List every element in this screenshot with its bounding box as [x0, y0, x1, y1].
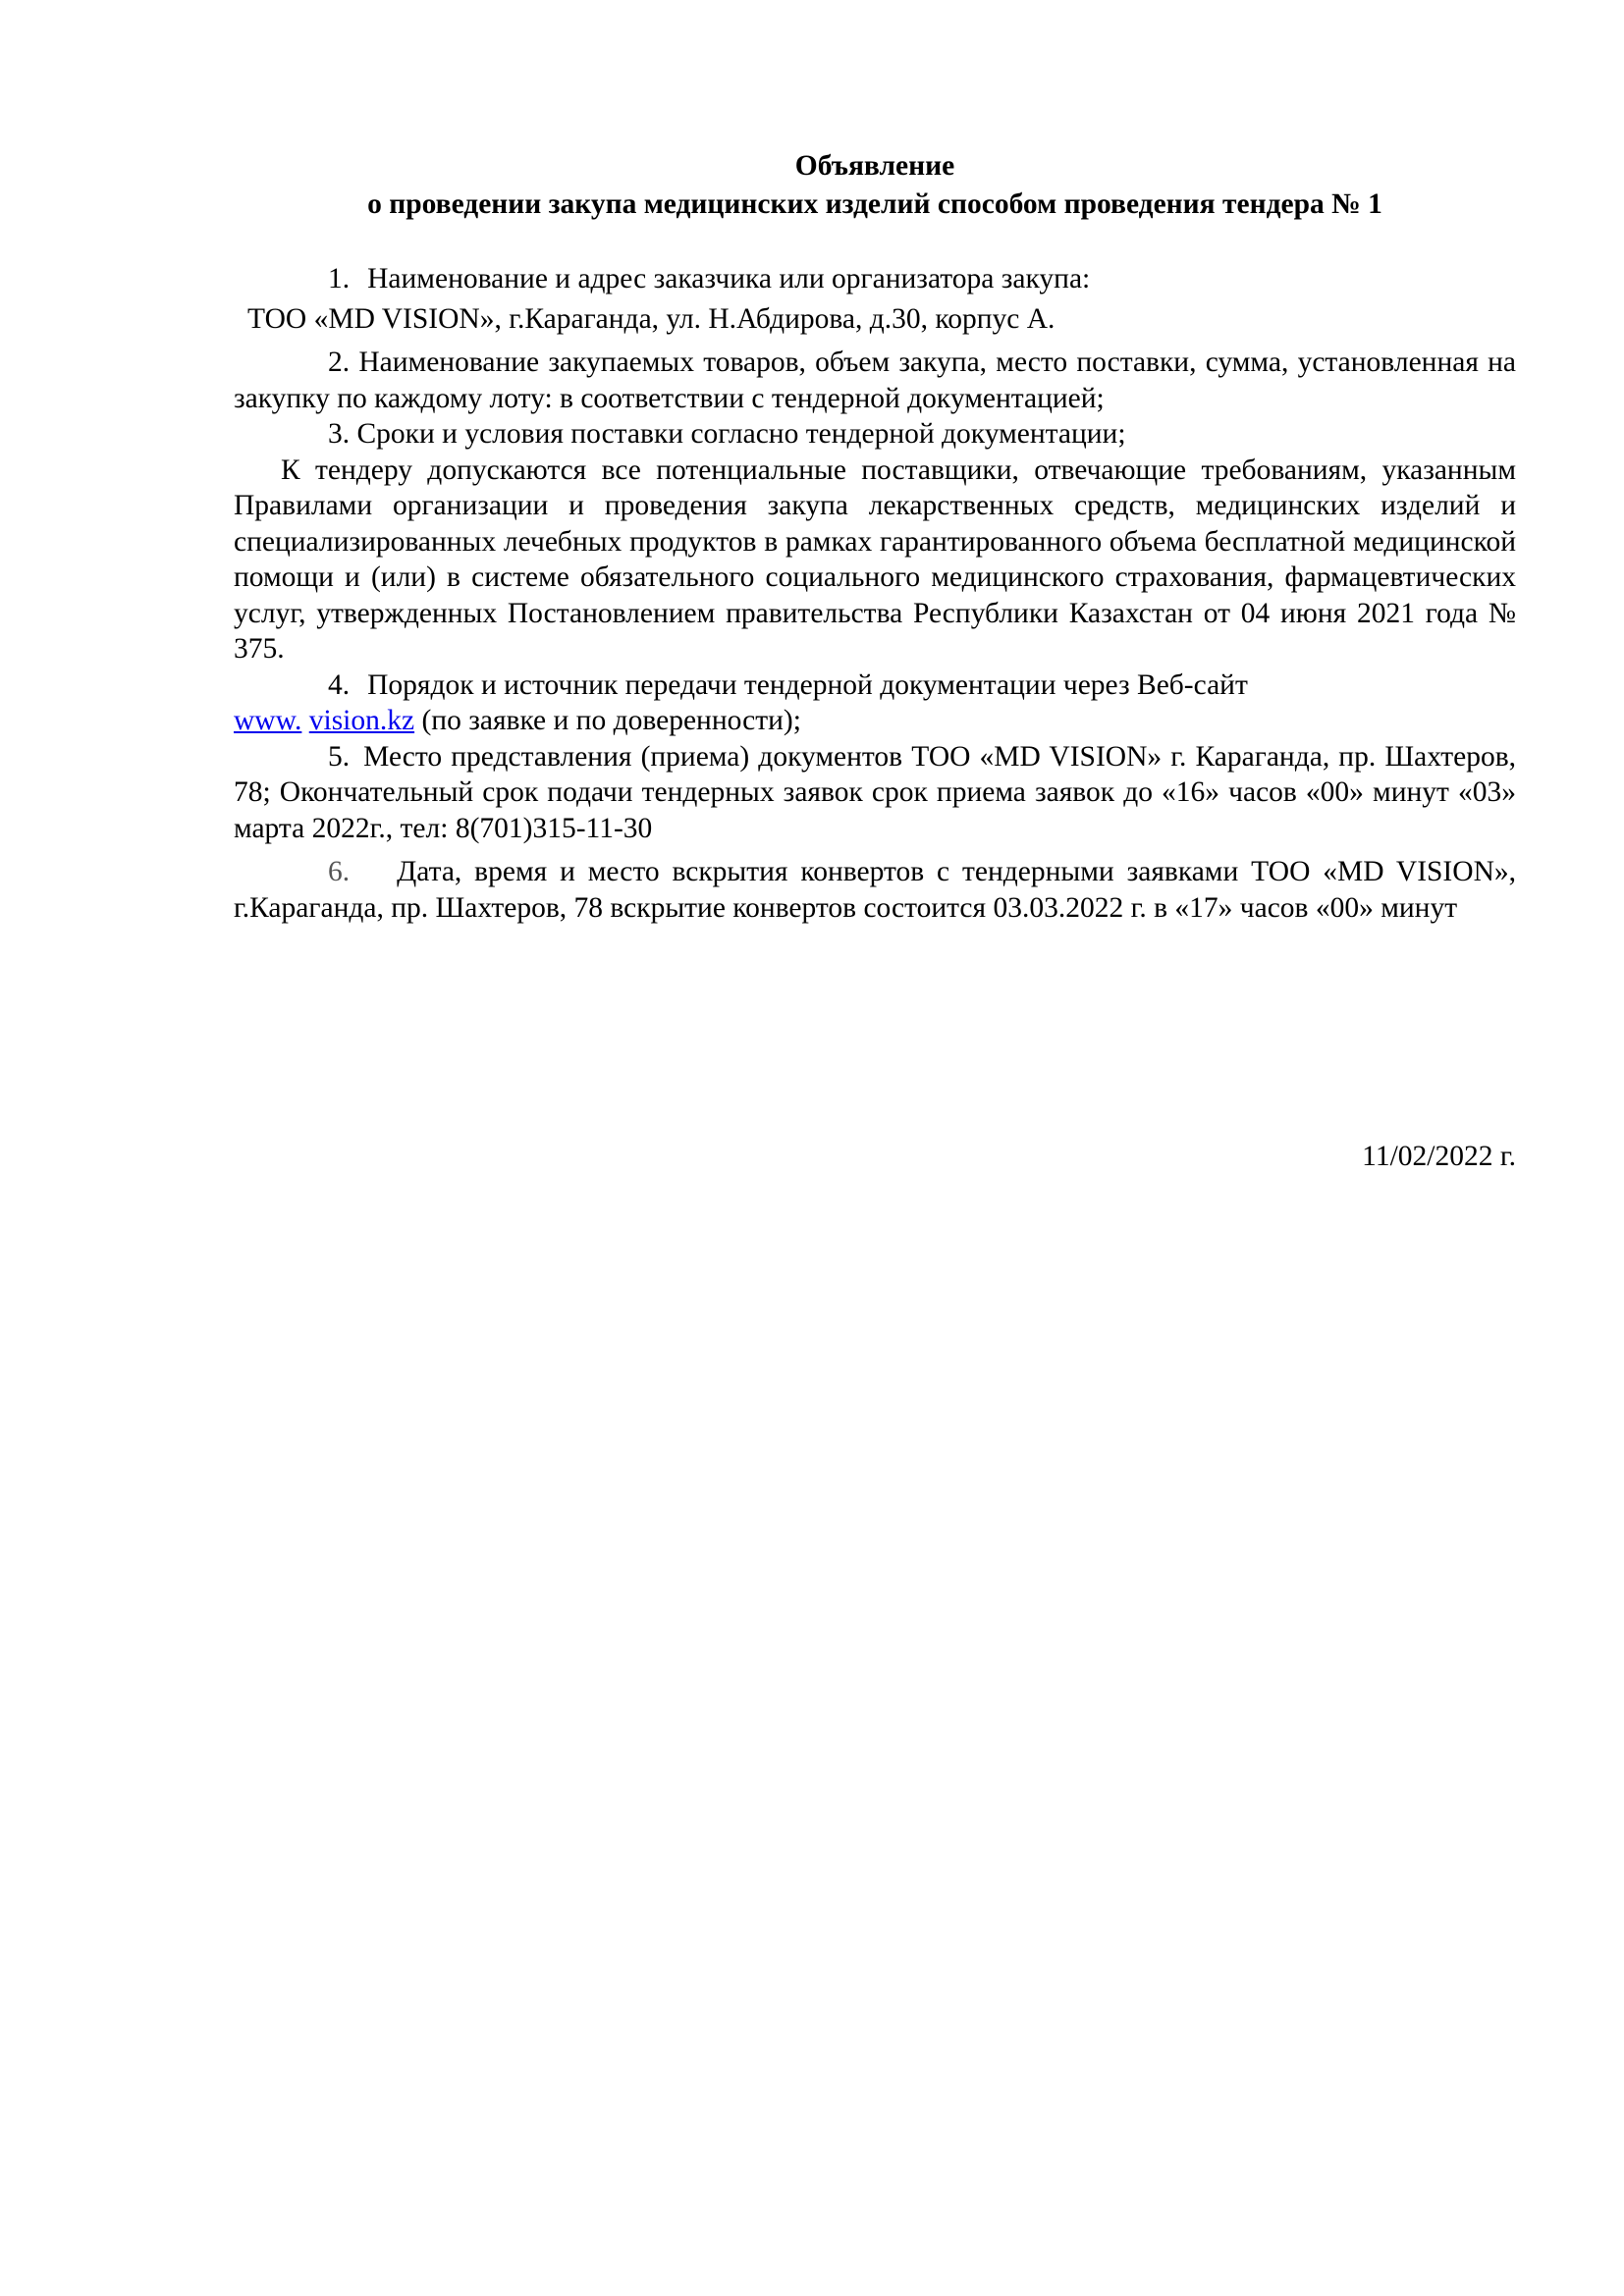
document-page: Объявление о проведении закупа медицинск…	[234, 147, 1516, 926]
eligibility-paragraph: К тендеру допускаются все потенциальные …	[234, 453, 1516, 667]
item-2: 2. Наименование закупаемых товаров, объе…	[234, 345, 1516, 416]
item-5: 5.Место представления (приема) документо…	[234, 739, 1516, 847]
item-6: 6.Дата, время и место вскрытия конвертов…	[234, 854, 1516, 926]
item-text: Порядок и источник передачи тендерной до…	[367, 669, 1248, 701]
document-header: Объявление о проведении закупа медицинск…	[234, 147, 1516, 224]
item-number: 2.	[281, 345, 350, 381]
website-link-domain[interactable]: vision.kz	[309, 705, 414, 736]
document-date: 11/02/2022 г.	[1362, 1141, 1516, 1173]
item-number: 3.	[281, 416, 350, 453]
item-number: 6.	[281, 854, 397, 890]
item-text: Наименование закупаемых товаров, объем з…	[234, 347, 1516, 414]
website-link-www[interactable]: www.	[234, 705, 301, 736]
item-text: Дата, время и место вскрытия конвертов с…	[234, 856, 1516, 924]
website-note: (по заявке и по доверенности);	[421, 705, 800, 736]
item-text: Место представления (приема) документов …	[234, 741, 1516, 844]
website-line: www. vision.kz (по заявке и по доверенно…	[234, 703, 1516, 739]
document-subtitle: о проведении закупа медицинских изделий …	[234, 186, 1516, 224]
item-number: 5.	[281, 739, 363, 775]
item-text: Сроки и условия поставки согласно тендер…	[357, 418, 1126, 450]
organizer-address: ТОО «MD VISION», г.Караганда, ул. Н.Абди…	[234, 301, 1516, 338]
item-text: Наименование и адрес заказчика или орган…	[367, 263, 1090, 294]
item-number: 1.	[281, 261, 367, 297]
item-number: 4.	[281, 667, 367, 704]
item-1: 1.Наименование и адрес заказчика или орг…	[234, 261, 1516, 297]
item-4: 4.Порядок и источник передачи тендерной …	[234, 667, 1516, 704]
document-title: Объявление	[234, 147, 1516, 186]
item-3: 3. Сроки и условия поставки согласно тен…	[234, 416, 1516, 453]
